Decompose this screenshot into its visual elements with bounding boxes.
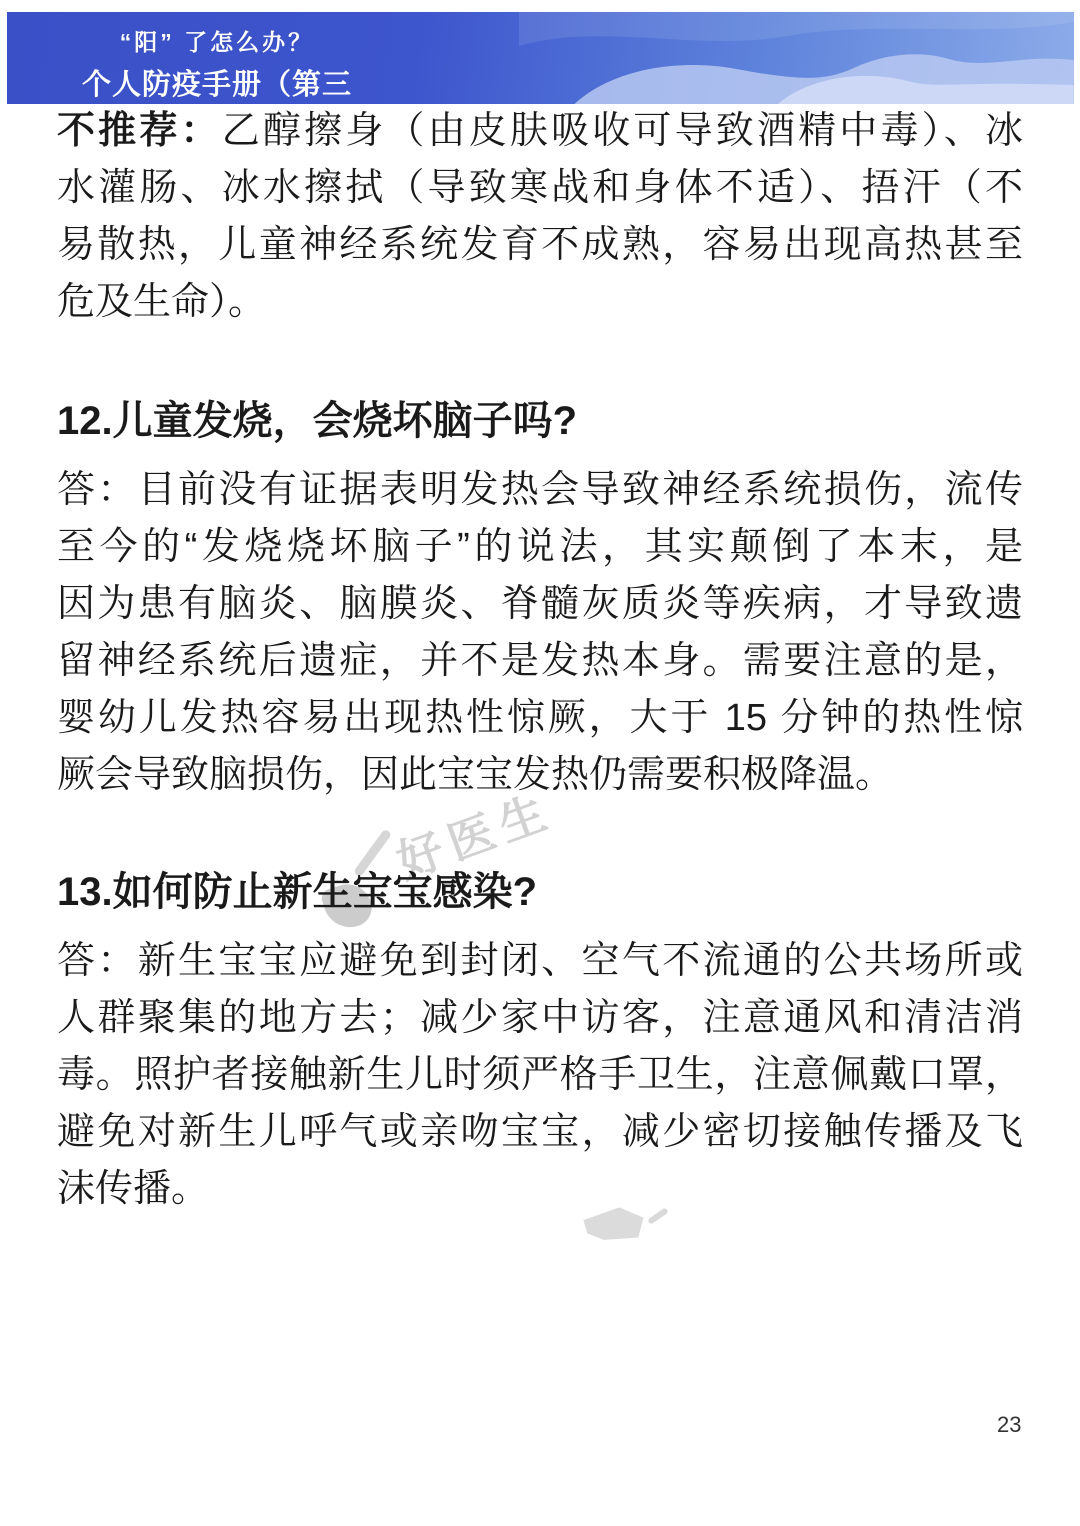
text-line: 避免对新生儿呼气或亲吻宝宝，减少密切接触传播及飞 (57, 1104, 1023, 1161)
handbook-page: “阳” 了怎么办？ 个人防疫手册（第三版） 做自己健康的第一责任人 好医生 不推… (0, 0, 1080, 1526)
bold-label: 不推荐： (57, 110, 222, 152)
text-line: 婴幼儿发热容易出现热性惊厥，大于 15 分钟的热性惊 (57, 690, 1023, 747)
text-line: 人群聚集的地方去；减少家中访客，注意通风和清洁消 (57, 990, 1023, 1047)
text-line: 厥会导致脑损伤，因此宝宝发热仍需要积极降温。 (57, 747, 1023, 804)
text-line: 答：目前没有证据表明发热会导致神经系统损伤，流传 (57, 462, 1023, 519)
banner-text-block: “阳” 了怎么办？ 个人防疫手册（第三版） 做自己健康的第一责任人 (62, 12, 372, 104)
page-number: 23 (997, 1412, 1021, 1438)
text-line: 水灌肠、冰水擦拭（导致寒战和身体不适）、捂汗（不 (57, 160, 1023, 217)
text-line: 至今的“发烧烧坏脑子”的说法，其实颠倒了本末，是 (57, 519, 1023, 576)
text-line: 留神经系统后遗症，并不是发热本身。需要注意的是， (57, 633, 1023, 690)
text-line: 沫传播。 (57, 1161, 1023, 1218)
text-line: 毒。照护者接触新生儿时须严格手卫生，注意佩戴口罩， (57, 1047, 1023, 1104)
text-line: 答：新生宝宝应避免到封闭、空气不流通的公共场所或 (57, 933, 1023, 990)
text-line: 危及生命）。 (57, 274, 1023, 331)
text-line: 易散热，儿童神经系统发育不成熟，容易出现高热甚至 (57, 217, 1023, 274)
question-12-heading: 12.儿童发烧，会烧坏脑子吗? (57, 393, 1023, 450)
text-line: 不推荐：乙醇擦身（由皮肤吸收可导致酒精中毒）、冰 (57, 103, 1023, 160)
answer-13-paragraph: 答：新生宝宝应避免到封闭、空气不流通的公共场所或人群聚集的地方去；减少家中访客，… (57, 933, 1023, 1218)
text-line: 因为患有脑炎、脑膜炎、脊髓灰质炎等疾病，才导致遗 (57, 576, 1023, 633)
answer-12-paragraph: 答：目前没有证据表明发热会导致神经系统损伤，流传至今的“发烧烧坏脑子”的说法，其… (57, 462, 1023, 804)
header-banner: “阳” 了怎么办？ 个人防疫手册（第三版） 做自己健康的第一责任人 (7, 12, 1074, 104)
banner-tagline: “阳” 了怎么办？ (62, 24, 372, 57)
paragraph-not-recommended: 不推荐：乙醇擦身（由皮肤吸收可导致酒精中毒）、冰水灌肠、冰水擦拭（导致寒战和身体… (57, 103, 1023, 331)
banner-waves-decoration (519, 12, 1074, 104)
question-13-heading: 13.如何防止新生宝宝感染? (57, 864, 1023, 921)
banner-title: 个人防疫手册（第三版） (62, 62, 372, 104)
